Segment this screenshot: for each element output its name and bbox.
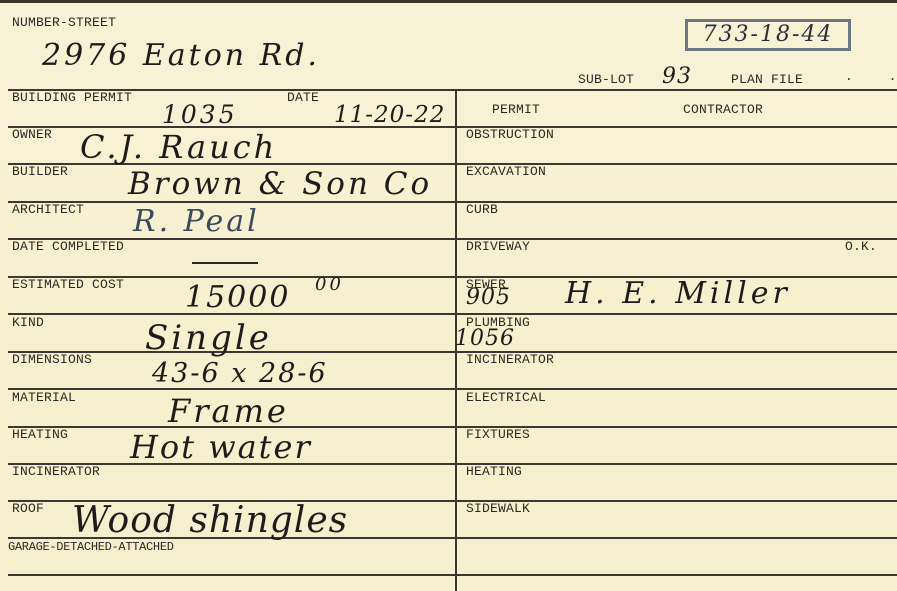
builder-value: Brown & Son Co: [128, 166, 432, 202]
driveway-note: O.K.: [845, 240, 877, 254]
dimensions-label: DIMENSIONS: [12, 353, 92, 367]
sub-lot-label: SUB-LOT: [578, 73, 634, 87]
owner-value: C.J. Rauch: [80, 128, 277, 166]
rule: [8, 313, 897, 315]
rule: [8, 351, 897, 353]
dimensions-value: 43-6 x 28-6: [152, 358, 328, 389]
contractor-header: CONTRACTOR: [683, 103, 763, 117]
date-label: DATE: [287, 91, 319, 105]
architect-label: ARCHITECT: [12, 203, 84, 217]
permit-label-sidewalk: SIDEWALK: [466, 502, 530, 516]
rule: [8, 89, 897, 91]
rule: [8, 574, 897, 576]
sewer-permit-number: 905: [466, 285, 511, 310]
permit-label-driveway: DRIVEWAY: [466, 240, 530, 254]
permit-header: PERMIT: [492, 103, 540, 117]
building-permit-label: BUILDING PERMIT: [12, 91, 132, 105]
date-value: 11-20-22: [334, 102, 445, 128]
garage-label: GARAGE-DETACHED-ATTACHED: [8, 540, 174, 554]
sewer-contractor: H. E. Miller: [565, 276, 791, 311]
roof-value: Wood shingles: [72, 500, 348, 541]
plan-file-value: . .: [845, 70, 897, 84]
permit-label-electrical: ELECTRICAL: [466, 391, 546, 405]
estimated-cost-value: 15000: [185, 280, 290, 315]
plan-file-label: PLAN FILE: [731, 73, 803, 87]
card-top-edge: [0, 0, 897, 3]
heating-value: Hot water: [130, 428, 312, 466]
number-street-label: NUMBER-STREET: [12, 16, 116, 30]
permit-label-curb: CURB: [466, 203, 498, 217]
kind-label: KIND: [12, 316, 44, 330]
heating-label: HEATING: [12, 428, 68, 442]
stamp-number: 733-18-44: [685, 19, 851, 51]
building-permit-value: 1035: [162, 100, 238, 129]
builder-label: BUILDER: [12, 165, 68, 179]
number-street-value: 2976 Eaton Rd.: [42, 38, 320, 73]
permit-label-fixtures: FIXTURES: [466, 428, 530, 442]
permit-label-heating: HEATING: [466, 465, 522, 479]
architect-value: R. Peal: [133, 204, 260, 239]
permit-card: 733-18-44 NUMBER-STREET 2976 Eaton Rd. S…: [0, 0, 897, 591]
material-value: Frame: [168, 392, 289, 430]
permit-label-excavation: EXCAVATION: [466, 165, 546, 179]
permit-label-obstruction: OBSTRUCTION: [466, 128, 554, 142]
rule: [8, 388, 897, 390]
roof-label: ROOF: [12, 502, 44, 516]
estimated-cost-label: ESTIMATED COST: [12, 278, 124, 292]
permit-label-incinerator: INCINERATOR: [466, 353, 554, 367]
material-label: MATERIAL: [12, 391, 76, 405]
sub-lot-value: 93: [662, 64, 692, 89]
incinerator-label: INCINERATOR: [12, 465, 100, 479]
date-completed-value: [192, 262, 258, 264]
kind-value: Single: [145, 318, 272, 358]
date-completed-label: DATE COMPLETED: [12, 240, 124, 254]
owner-label: OWNER: [12, 128, 52, 142]
plumbing-permit-number: 1056: [455, 326, 515, 351]
estimated-cost-cents: 00: [315, 274, 344, 295]
